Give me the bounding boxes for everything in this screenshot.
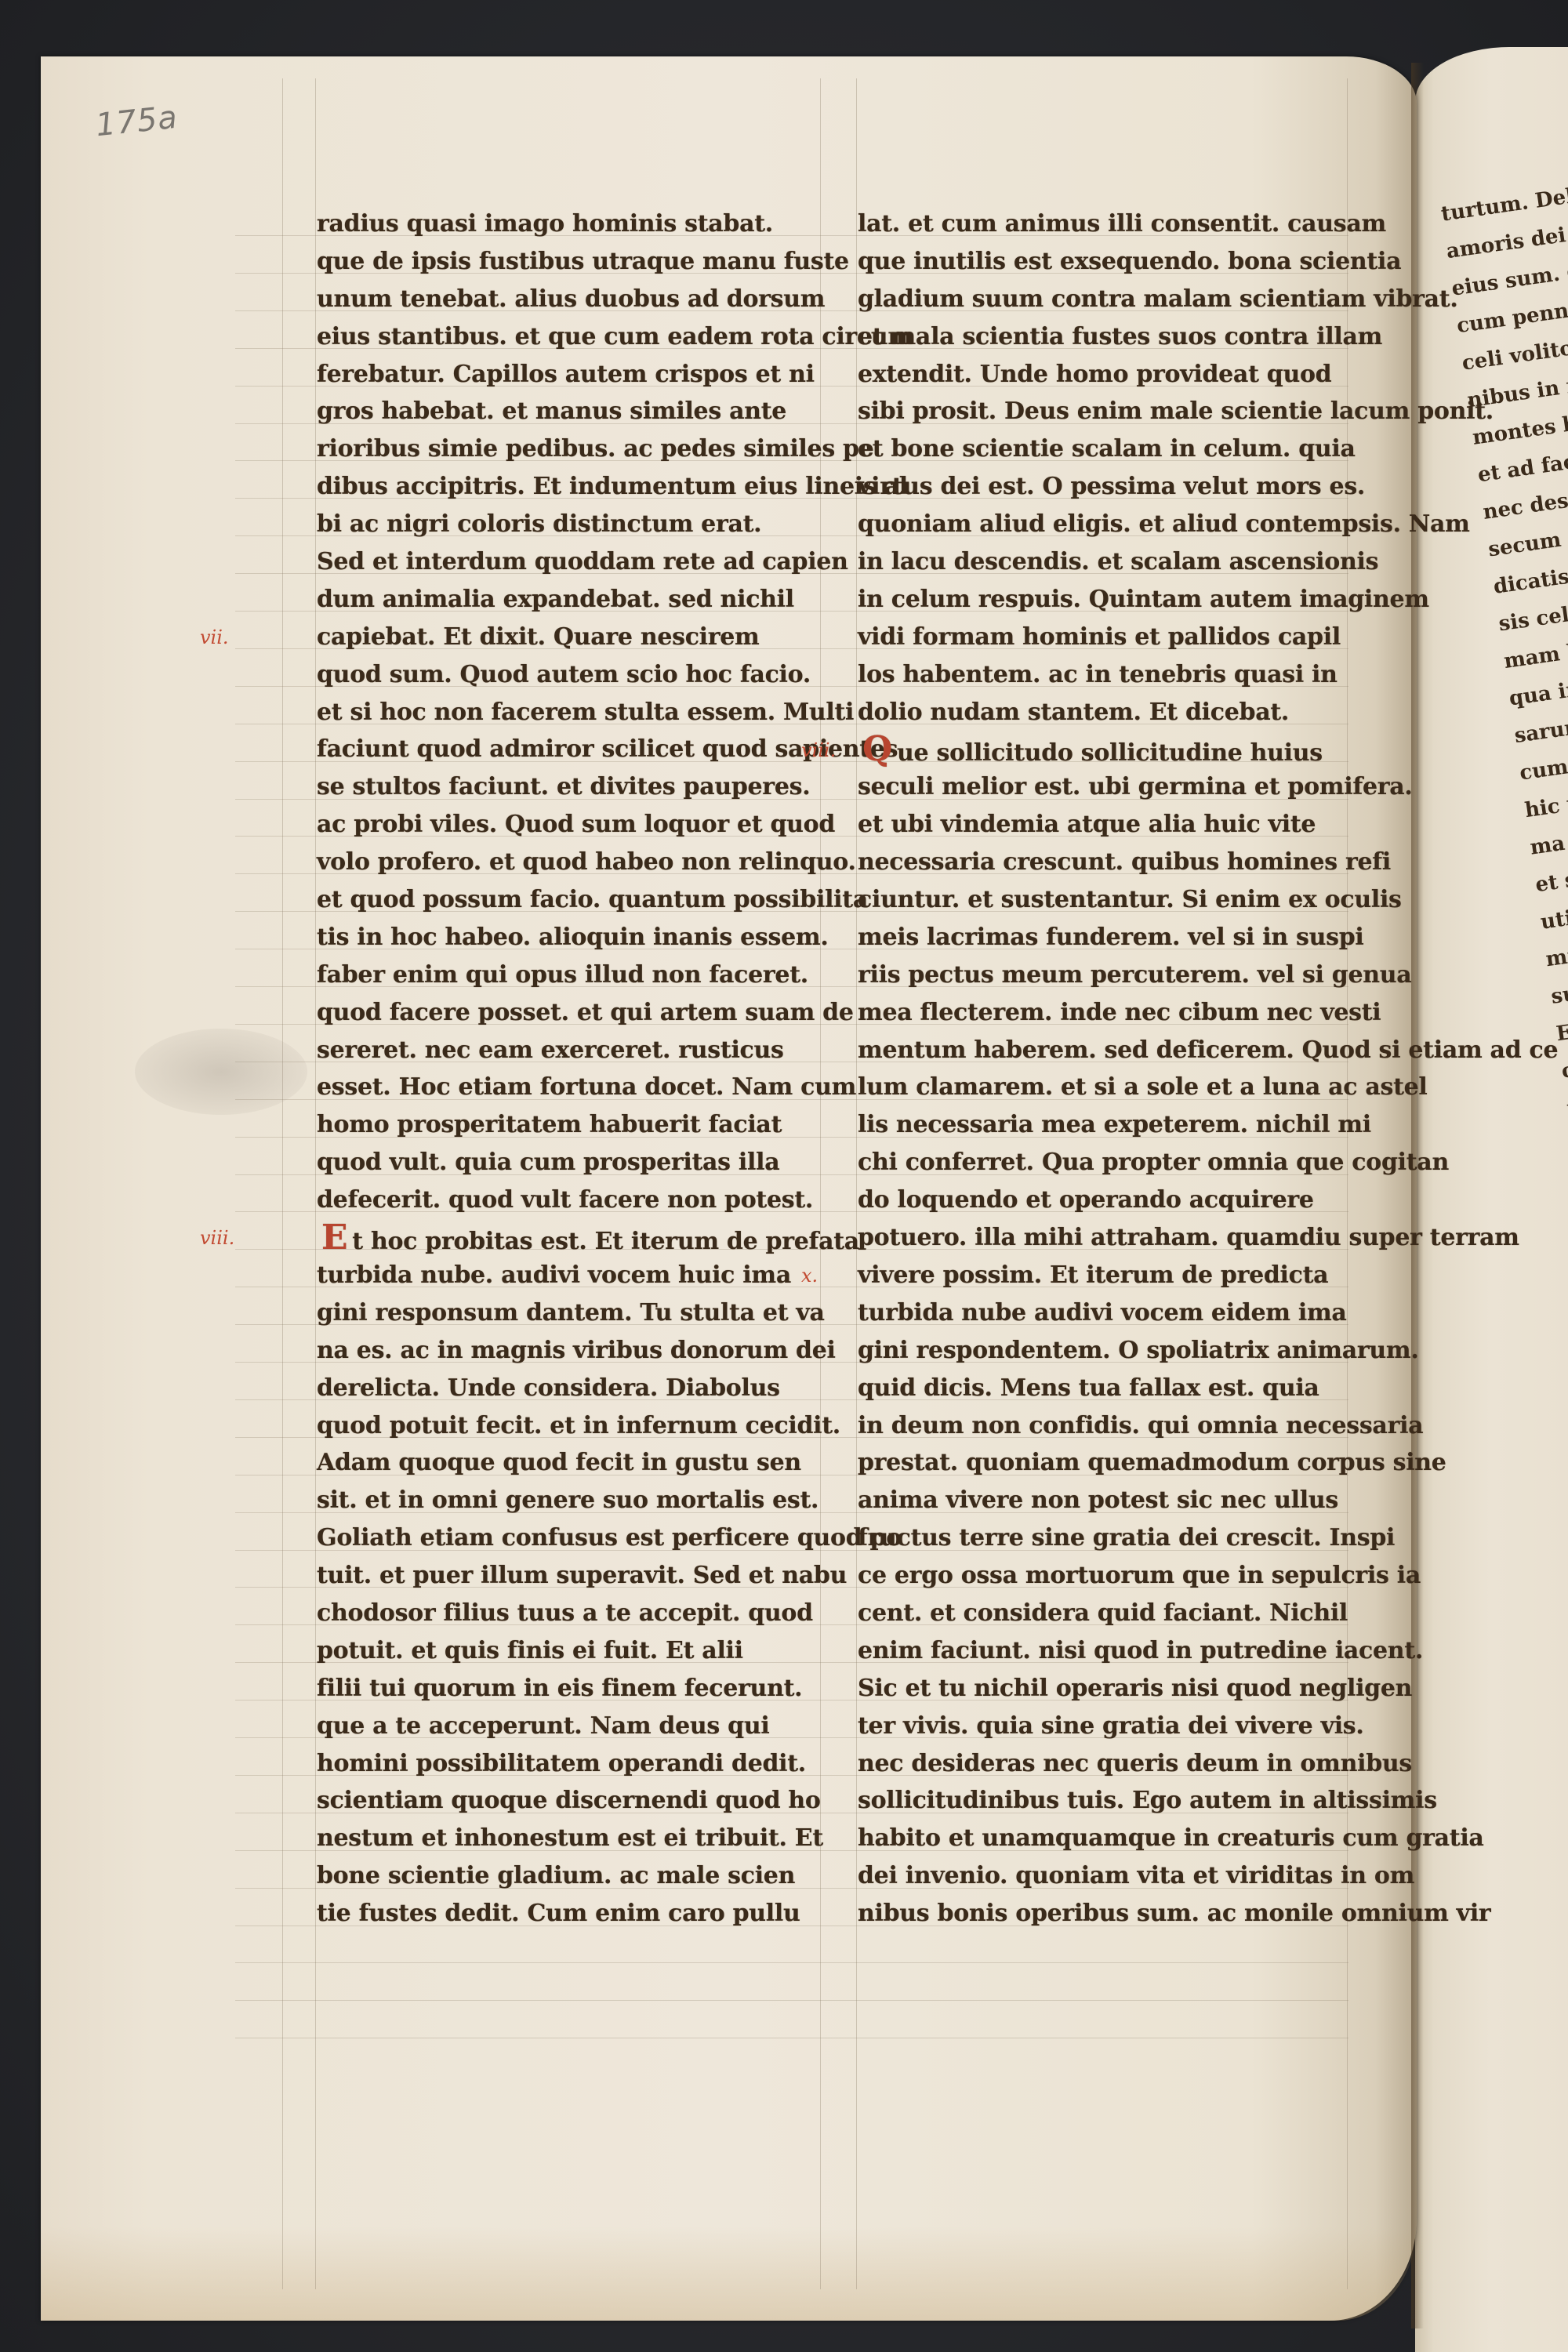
manuscript-line: esset. Hoc etiam fortuna docet. Nam cum: [317, 1069, 818, 1106]
manuscript-line: dolio nudam stantem. Et dicebat.: [858, 694, 1352, 731]
text-column-b: lat. et cum animus illi consentit. causa…: [858, 205, 1352, 1933]
manuscript-line: defecerit. quod vult facere non potest.: [317, 1181, 818, 1219]
manuscript-line: nestum et inhonestum est ei tribuit. Et: [317, 1820, 818, 1857]
manuscript-line: chi conferret. Qua propter omnia que cog…: [858, 1144, 1352, 1181]
manuscript-line: dum animalia expandebat. sed nichil: [317, 581, 818, 619]
manuscript-line: ce ergo ossa mortuorum que in sepulcris …: [858, 1557, 1352, 1595]
ruling-line: [235, 2038, 1348, 2038]
manuscript-line: nec desideras nec queris deum in omnibus: [858, 1745, 1352, 1783]
manuscript-line: dibus accipitris. Et indumentum eius lin…: [317, 468, 818, 506]
manuscript-line: faber enim qui opus illud non faceret.: [317, 956, 818, 994]
manuscript-line: et mala scientia fustes suos contra illa…: [858, 318, 1352, 356]
manuscript-line: derelicta. Unde considera. Diabolus: [317, 1370, 818, 1407]
manuscript-line: Et hoc probitas est. Et iterum de prefat…: [317, 1219, 818, 1257]
marginal-numeral: vii.: [200, 626, 229, 648]
manuscript-line: extendit. Unde homo provideat quod: [858, 356, 1352, 394]
manuscript-line: virtus dei est. O pessima velut mors es.: [858, 468, 1352, 506]
manuscript-line: mea flecterem. inde nec cibum nec vesti: [858, 994, 1352, 1032]
manuscript-line: lat. et cum animus illi consentit. causa…: [858, 205, 1352, 243]
manuscript-line: quod sum. Quod autem scio hoc facio.: [317, 656, 818, 694]
manuscript-line: anima vivere non potest sic nec ullus: [858, 1482, 1352, 1519]
manuscript-line: gini respondentem. O spoliatrix animarum…: [858, 1332, 1352, 1370]
manuscript-line: tie fustes dedit. Cum enim caro pullu: [317, 1895, 818, 1933]
marginal-numeral: viii.: [801, 739, 836, 761]
manuscript-line: et ubi vindemia atque alia huic vite: [858, 806, 1352, 844]
manuscript-line: Sed et interdum quoddam rete ad capien: [317, 543, 818, 581]
manuscript-line: quod vult. quia cum prosperitas illa: [317, 1144, 818, 1181]
manuscript-line: sibi prosit. Deus enim male scientie lac…: [858, 393, 1352, 430]
manuscript-line: fructus terre sine gratia dei crescit. I…: [858, 1519, 1352, 1557]
manuscript-line: capiebat. Et dixit. Quare nescirem: [317, 619, 818, 656]
manuscript-line: dei invenio. quoniam vita et viriditas i…: [858, 1857, 1352, 1895]
manuscript-line: sollicitudinibus tuis. Ego autem in alti…: [858, 1782, 1352, 1820]
manuscript-line: et si hoc non facerem stulta essem. Mult…: [317, 694, 818, 731]
manuscript-line: scientiam quoque discernendi quod ho: [317, 1782, 818, 1820]
ruling-line: [235, 1962, 1348, 1963]
ruling-column-bound: [282, 78, 283, 2289]
manuscript-line: Adam quoque quod fecit in gustu sen: [317, 1444, 818, 1482]
manuscript-line: homini possibilitatem operandi dedit.: [317, 1745, 818, 1783]
manuscript-line: Goliath etiam confusus est perficere quo…: [317, 1519, 818, 1557]
ruling-column-bound: [820, 78, 821, 2289]
manuscript-line: que de ipsis fustibus utraque manu fuste: [317, 243, 818, 281]
manuscript-line: et quod possum facio. quantum possibilit…: [317, 881, 818, 919]
manuscript-line: vidi formam hominis et pallidos capil: [858, 619, 1352, 656]
manuscript-line: prestat. quoniam quemadmodum corpus sine: [858, 1444, 1352, 1482]
manuscript-line: bi ac nigri coloris distinctum erat.: [317, 506, 818, 543]
manuscript-line: los habentem. ac in tenebris quasi in: [858, 656, 1352, 694]
manuscript-line: quod facere posset. et qui artem suam de: [317, 994, 818, 1032]
manuscript-line: ferebatur. Capillos autem crispos et ni: [317, 356, 818, 394]
manuscript-line: rioribus simie pedibus. ac pedes similes…: [317, 430, 818, 468]
manuscript-line: necessaria crescunt. quibus homines refi: [858, 844, 1352, 881]
manuscript-line: tuit. et puer illum superavit. Sed et na…: [317, 1557, 818, 1595]
ruling-column-bound: [315, 78, 316, 2289]
rubricated-initial: Q: [862, 729, 892, 769]
manuscript-line: gini responsum dantem. Tu stulta et va: [317, 1294, 818, 1332]
manuscript-line: unum tenebat. alius duobus ad dorsum: [317, 281, 818, 318]
manuscript-line: lum clamarem. et si a sole et a luna ac …: [858, 1069, 1352, 1106]
manuscript-line: quod potuit fecit. et in infernum cecidi…: [317, 1407, 818, 1445]
manuscript-line: mentum haberem. sed deficerem. Quod si e…: [858, 1032, 1352, 1069]
manuscript-line: ter vivis. quia sine gratia dei vivere v…: [858, 1708, 1352, 1745]
rubricated-initial: E: [321, 1218, 347, 1258]
manuscript-line: in celum respuis. Quintam autem imaginem: [858, 581, 1352, 619]
manuscript-line: lis necessaria mea expeterem. nichil mi: [858, 1106, 1352, 1144]
manuscript-line: potuero. illa mihi attraham. quamdiu sup…: [858, 1219, 1352, 1257]
manuscript-line: enim faciunt. nisi quod in putredine iac…: [858, 1632, 1352, 1670]
manuscript-line: in lacu descendis. et scalam ascensionis: [858, 543, 1352, 581]
manuscript-line: et bone scientie scalam in celum. quia: [858, 430, 1352, 468]
manuscript-line: volo profero. et quod habeo non relinquo…: [317, 844, 818, 881]
ruling-column-bound: [856, 78, 857, 2289]
manuscript-line: ac probi viles. Quod sum loquor et quod: [317, 806, 818, 844]
marginal-numeral: viii.: [200, 1227, 234, 1249]
manuscript-line: gladium suum contra malam scientiam vibr…: [858, 281, 1352, 318]
manuscript-line: Sic et tu nichil operaris nisi quod negl…: [858, 1670, 1352, 1708]
manuscript-line: potuit. et quis finis ei fuit. Et alii: [317, 1632, 818, 1670]
manuscript-line: chodosor filius tuus a te accepit. quod: [317, 1595, 818, 1632]
manuscript-line: habito et unamquamque in creaturis cum g…: [858, 1820, 1352, 1857]
manuscript-line: filii tui quorum in eis finem fecerunt.: [317, 1670, 818, 1708]
manuscript-line: turbida nube. audivi vocem huic ima: [317, 1257, 818, 1294]
manuscript-line: nibus bonis operibus sum. ac monile omni…: [858, 1895, 1352, 1933]
ink-smudge: [135, 1029, 307, 1115]
manuscript-line: sit. et in omni genere suo mortalis est.: [317, 1482, 818, 1519]
manuscript-line: tis in hoc habeo. alioquin inanis essem.: [317, 919, 818, 956]
manuscript-line: gros habebat. et manus similes ante: [317, 393, 818, 430]
manuscript-line: bone scientie gladium. ac male scien: [317, 1857, 818, 1895]
marginal-numeral: x.: [801, 1265, 818, 1287]
manuscript-line: faciunt quod admiror scilicet quod sapie…: [317, 731, 818, 768]
manuscript-line: sereret. nec eam exerceret. rusticus: [317, 1032, 818, 1069]
manuscript-line: que a te acceperunt. Nam deus qui: [317, 1708, 818, 1745]
manuscript-line: cent. et considera quid faciant. Nichil: [858, 1595, 1352, 1632]
ruling-line: [235, 2000, 1348, 2001]
manuscript-line: que inutilis est exsequendo. bona scient…: [858, 243, 1352, 281]
manuscript-line: do loquendo et operando acquirere: [858, 1181, 1352, 1219]
text-column-a: radius quasi imago hominis stabat.que de…: [317, 205, 818, 1933]
manuscript-line: homo prosperitatem habuerit faciat: [317, 1106, 818, 1144]
manuscript-line: quid dicis. Mens tua fallax est. quia: [858, 1370, 1352, 1407]
manuscript-line: Que sollicitudo sollicitudine huius: [858, 731, 1352, 768]
manuscript-line: eius stantibus. et que cum eadem rota ci…: [317, 318, 818, 356]
manuscript-line: vivere possim. Et iterum de predicta: [858, 1257, 1352, 1294]
manuscript-line: turbida nube audivi vocem eidem ima: [858, 1294, 1352, 1332]
manuscript-line: riis pectus meum percuterem. vel si genu…: [858, 956, 1352, 994]
manuscript-line: ciuntur. et sustentantur. Si enim ex ocu…: [858, 881, 1352, 919]
manuscript-line: quoniam aliud eligis. et aliud contempsi…: [858, 506, 1352, 543]
manuscript-line: meis lacrimas funderem. vel si in suspi: [858, 919, 1352, 956]
manuscript-line: na es. ac in magnis viribus donorum dei: [317, 1332, 818, 1370]
manuscript-line: se stultos faciunt. et divites pauperes.: [317, 768, 818, 806]
manuscript-line: seculi melior est. ubi germina et pomife…: [858, 768, 1352, 806]
manuscript-line: in deum non confidis. qui omnia necessar…: [858, 1407, 1352, 1445]
facing-page-recto: turtum. Delectatioamoris dei et edificei…: [1415, 47, 1568, 2352]
manuscript-line: radius quasi imago hominis stabat.: [317, 205, 818, 243]
